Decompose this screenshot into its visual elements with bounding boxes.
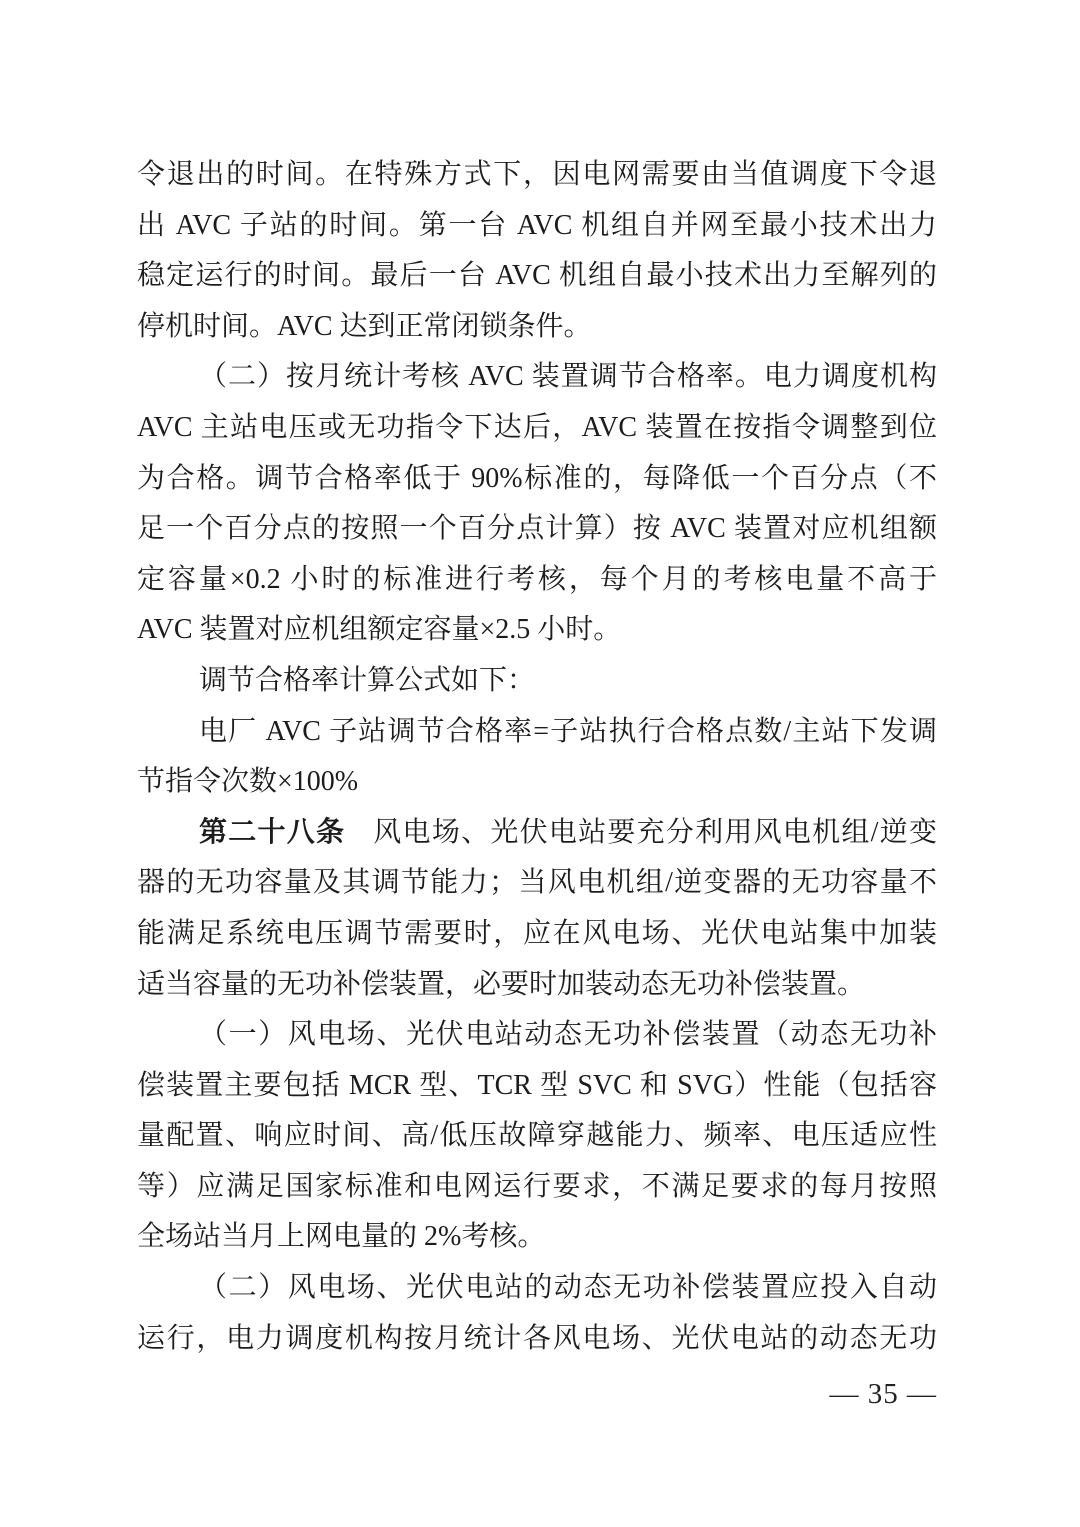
text-line: 为合格。调节合格率低于 90%标准的，每降低一个百分点（不: [137, 454, 937, 505]
text-line: 能满足系统电压调节需要时，应在风电场、光伏电站集中加装: [137, 909, 937, 960]
text-line: 等）应满足国家标准和电网运行要求，不满足要求的每月按照: [137, 1162, 937, 1213]
article-number-bold: 第二十八条: [199, 817, 345, 848]
text-line: AVC 装置对应机组额定容量×2.5 小时。: [137, 605, 937, 656]
text-line: 定容量×0.2 小时的标准进行考核，每个月的考核电量不高于: [137, 555, 937, 606]
text-line: 量配置、响应时间、高/低压故障穿越能力、频率、电压适应性: [137, 1111, 937, 1162]
article-heading-text: 风电场、光伏电站要充分利用风电机组/逆变: [373, 817, 937, 848]
text-line-article-heading: 第二十八条风电场、光伏电站要充分利用风电机组/逆变: [137, 808, 937, 859]
text-line: 节指令次数×100%: [137, 757, 937, 808]
text-line: 足一个百分点的按照一个百分点计算）按 AVC 装置对应机组额: [137, 504, 937, 555]
text-line: 偿装置主要包括 MCR 型、TCR 型 SVC 和 SVG）性能（包括容: [137, 1061, 937, 1112]
text-line: AVC 主站电压或无功指令下达后，AVC 装置在按指令调整到位: [137, 403, 937, 454]
text-line: 运行，电力调度机构按月统计各风电场、光伏电站的动态无功: [137, 1314, 937, 1365]
text-line: （二）按月统计考核 AVC 装置调节合格率。电力调度机构: [137, 352, 937, 403]
text-line: 全场站当月上网电量的 2%考核。: [137, 1212, 937, 1263]
text-line: （二）风电场、光伏电站的动态无功补偿装置应投入自动: [137, 1263, 937, 1314]
text-line: 电厂 AVC 子站调节合格率=子站执行合格点数/主站下发调: [137, 707, 937, 758]
text-line: 适当容量的无功补偿装置，必要时加装动态无功补偿装置。: [137, 960, 937, 1011]
text-line: 停机时间。AVC 达到正常闭锁条件。: [137, 302, 937, 353]
text-line: 调节合格率计算公式如下：: [137, 656, 937, 707]
text-line: 出 AVC 子站的时间。第一台 AVC 机组自并网至最小技术出力: [137, 201, 937, 252]
text-line: 令退出的时间。在特殊方式下，因电网需要由当值调度下令退: [137, 150, 937, 201]
text-line: 稳定运行的时间。最后一台 AVC 机组自最小技术出力至解列的: [137, 251, 937, 302]
document-body-text: 令退出的时间。在特殊方式下，因电网需要由当值调度下令退 出 AVC 子站的时间。…: [137, 150, 937, 1364]
document-page: 令退出的时间。在特殊方式下，因电网需要由当值调度下令退 出 AVC 子站的时间。…: [0, 0, 1080, 1527]
text-line: 器的无功容量及其调节能力；当风电机组/逆变器的无功容量不: [137, 858, 937, 909]
text-line: （一）风电场、光伏电站动态无功补偿装置（动态无功补: [137, 1010, 937, 1061]
page-number: — 35 —: [830, 1374, 938, 1414]
